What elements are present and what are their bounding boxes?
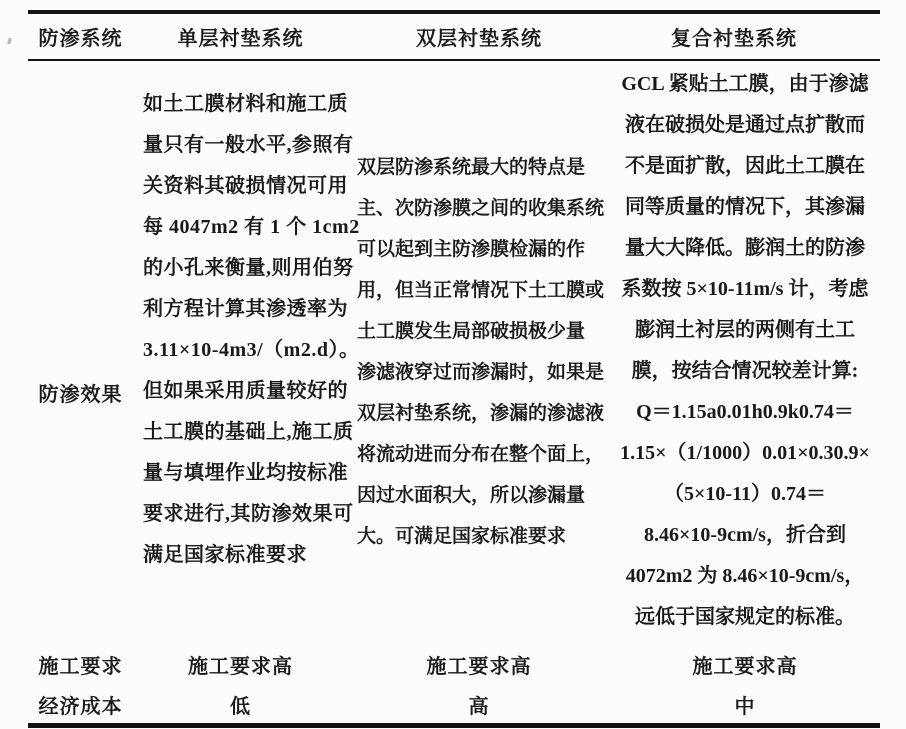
formula-line: 1.15×（1/1000）0.01×0.30.9× xyxy=(610,433,880,474)
text-line: 液在破损处是通过点扩散而 xyxy=(610,105,880,146)
cell-construction-composite: 施工要求高 xyxy=(610,650,880,679)
text-line: 土工膜的基础上,施工质 xyxy=(143,412,344,453)
row-label-seepage-effect: 防渗效果 xyxy=(28,61,133,644)
text-line: 量只有一般水平,参照有 xyxy=(143,125,344,166)
cell-single-liner-effect: 如土工膜材料和施工质 量只有一般水平,参照有 关资料其破损情况可用 每 4047… xyxy=(133,61,348,644)
cell-double-liner-effect: 双层防渗系统最大的特点是 主、次防渗膜之间的收集系统 可以起到主防渗膜检漏的作 … xyxy=(348,61,610,644)
text-line: 的小孔来衡量,则用伯努 xyxy=(143,248,344,289)
text-line: 关资料其破损情况可用 xyxy=(143,166,344,207)
row-construction-requirement: 施工要求 施工要求高 施工要求高 施工要求高 xyxy=(28,644,880,685)
row-label-cost: 经济成本 xyxy=(28,690,133,719)
text-line: 可以起到主防渗膜检漏的作 xyxy=(357,229,608,270)
cell-composite-liner-effect: GCL 紧贴土工膜，由于渗滤 液在破损处是通过点扩散而 不是面扩散，因此土工膜在… xyxy=(610,61,880,644)
formula-line: （5×10-11）0.74＝ xyxy=(610,474,880,515)
cell-cost-double: 高 xyxy=(348,690,610,719)
text-line: 土工膜发生局部破损极少量 xyxy=(357,311,608,352)
text-line: 因过水面积大，所以渗漏量 xyxy=(357,475,608,516)
text-line: 用，但当正常情况下土工膜或 xyxy=(357,270,608,311)
text-line: 膜，按结合情况较差计算: xyxy=(610,351,880,392)
cell-construction-double: 施工要求高 xyxy=(348,650,610,679)
text-line: 3.11×10-4m3/（m2.d）。 xyxy=(143,330,344,371)
text-line: 每 4047m2 有 1 个 1cm2 xyxy=(143,207,344,248)
text-line: 膨润土衬层的两侧有土工 xyxy=(610,310,880,351)
text-line: 如土工膜材料和施工质 xyxy=(143,84,344,125)
text-line: 但如果采用质量较好的 xyxy=(143,371,344,412)
text-line: 利方程计算其渗透率为 xyxy=(143,289,344,330)
liner-comparison-table: 防渗系统 单层衬垫系统 双层衬垫系统 复合衬垫系统 防渗效果 如土工膜材料和施工… xyxy=(28,10,880,728)
text-line: 满足国家标准要求 xyxy=(143,535,344,576)
text-line: 同等质量的情况下，其渗漏 xyxy=(610,187,880,228)
text-line: 双层防渗系统最大的特点是 xyxy=(357,147,608,188)
cell-cost-single: 低 xyxy=(133,690,348,719)
header-double-liner-system: 双层衬垫系统 xyxy=(348,22,610,51)
text-line: 双层衬垫系统，渗漏的渗滤液 xyxy=(357,393,608,434)
scan-artifact xyxy=(7,38,11,45)
text-line: 不是面扩散，因此土工膜在 xyxy=(610,146,880,187)
header-composite-liner-system: 复合衬垫系统 xyxy=(610,22,880,51)
text-line: 系数按 5×10-11m/s 计，考虑 xyxy=(610,269,880,310)
table-header-row: 防渗系统 单层衬垫系统 双层衬垫系统 复合衬垫系统 xyxy=(28,14,880,61)
text-line: 大。可满足国家标准要求 xyxy=(357,516,608,557)
text-line: 远低于国家规定的标准。 xyxy=(610,597,880,638)
header-single-liner-system: 单层衬垫系统 xyxy=(133,22,348,51)
text-line: 渗滤液穿过而渗漏时，如果是 xyxy=(357,352,608,393)
text-line: 主、次防渗膜之间的收集系统 xyxy=(357,188,608,229)
text-line: 量大大降低。膨润土的防渗 xyxy=(610,228,880,269)
row-label-construction: 施工要求 xyxy=(28,650,133,679)
text-line: 要求进行,其防渗效果可 xyxy=(143,494,344,535)
row-seepage-effect: 防渗效果 如土工膜材料和施工质 量只有一般水平,参照有 关资料其破损情况可用 每… xyxy=(28,61,880,644)
text-line: GCL 紧贴土工膜，由于渗滤 xyxy=(610,64,880,105)
cell-cost-composite: 中 xyxy=(610,690,880,719)
formula-line: 4072m2 为 8.46×10-9cm/s， xyxy=(610,556,880,597)
cell-construction-single: 施工要求高 xyxy=(133,650,348,679)
formula-line: 8.46×10-9cm/s，折合到 xyxy=(610,515,880,556)
formula-line: Q＝1.15a0.01h0.9k0.74＝ xyxy=(610,392,880,433)
text-line: 量与填埋作业均按标准 xyxy=(143,453,344,494)
header-anti-seepage-system: 防渗系统 xyxy=(28,22,133,51)
text-line: 将流动进而分布在整个面上， xyxy=(357,434,608,475)
row-economic-cost: 经济成本 低 高 中 xyxy=(28,685,880,728)
